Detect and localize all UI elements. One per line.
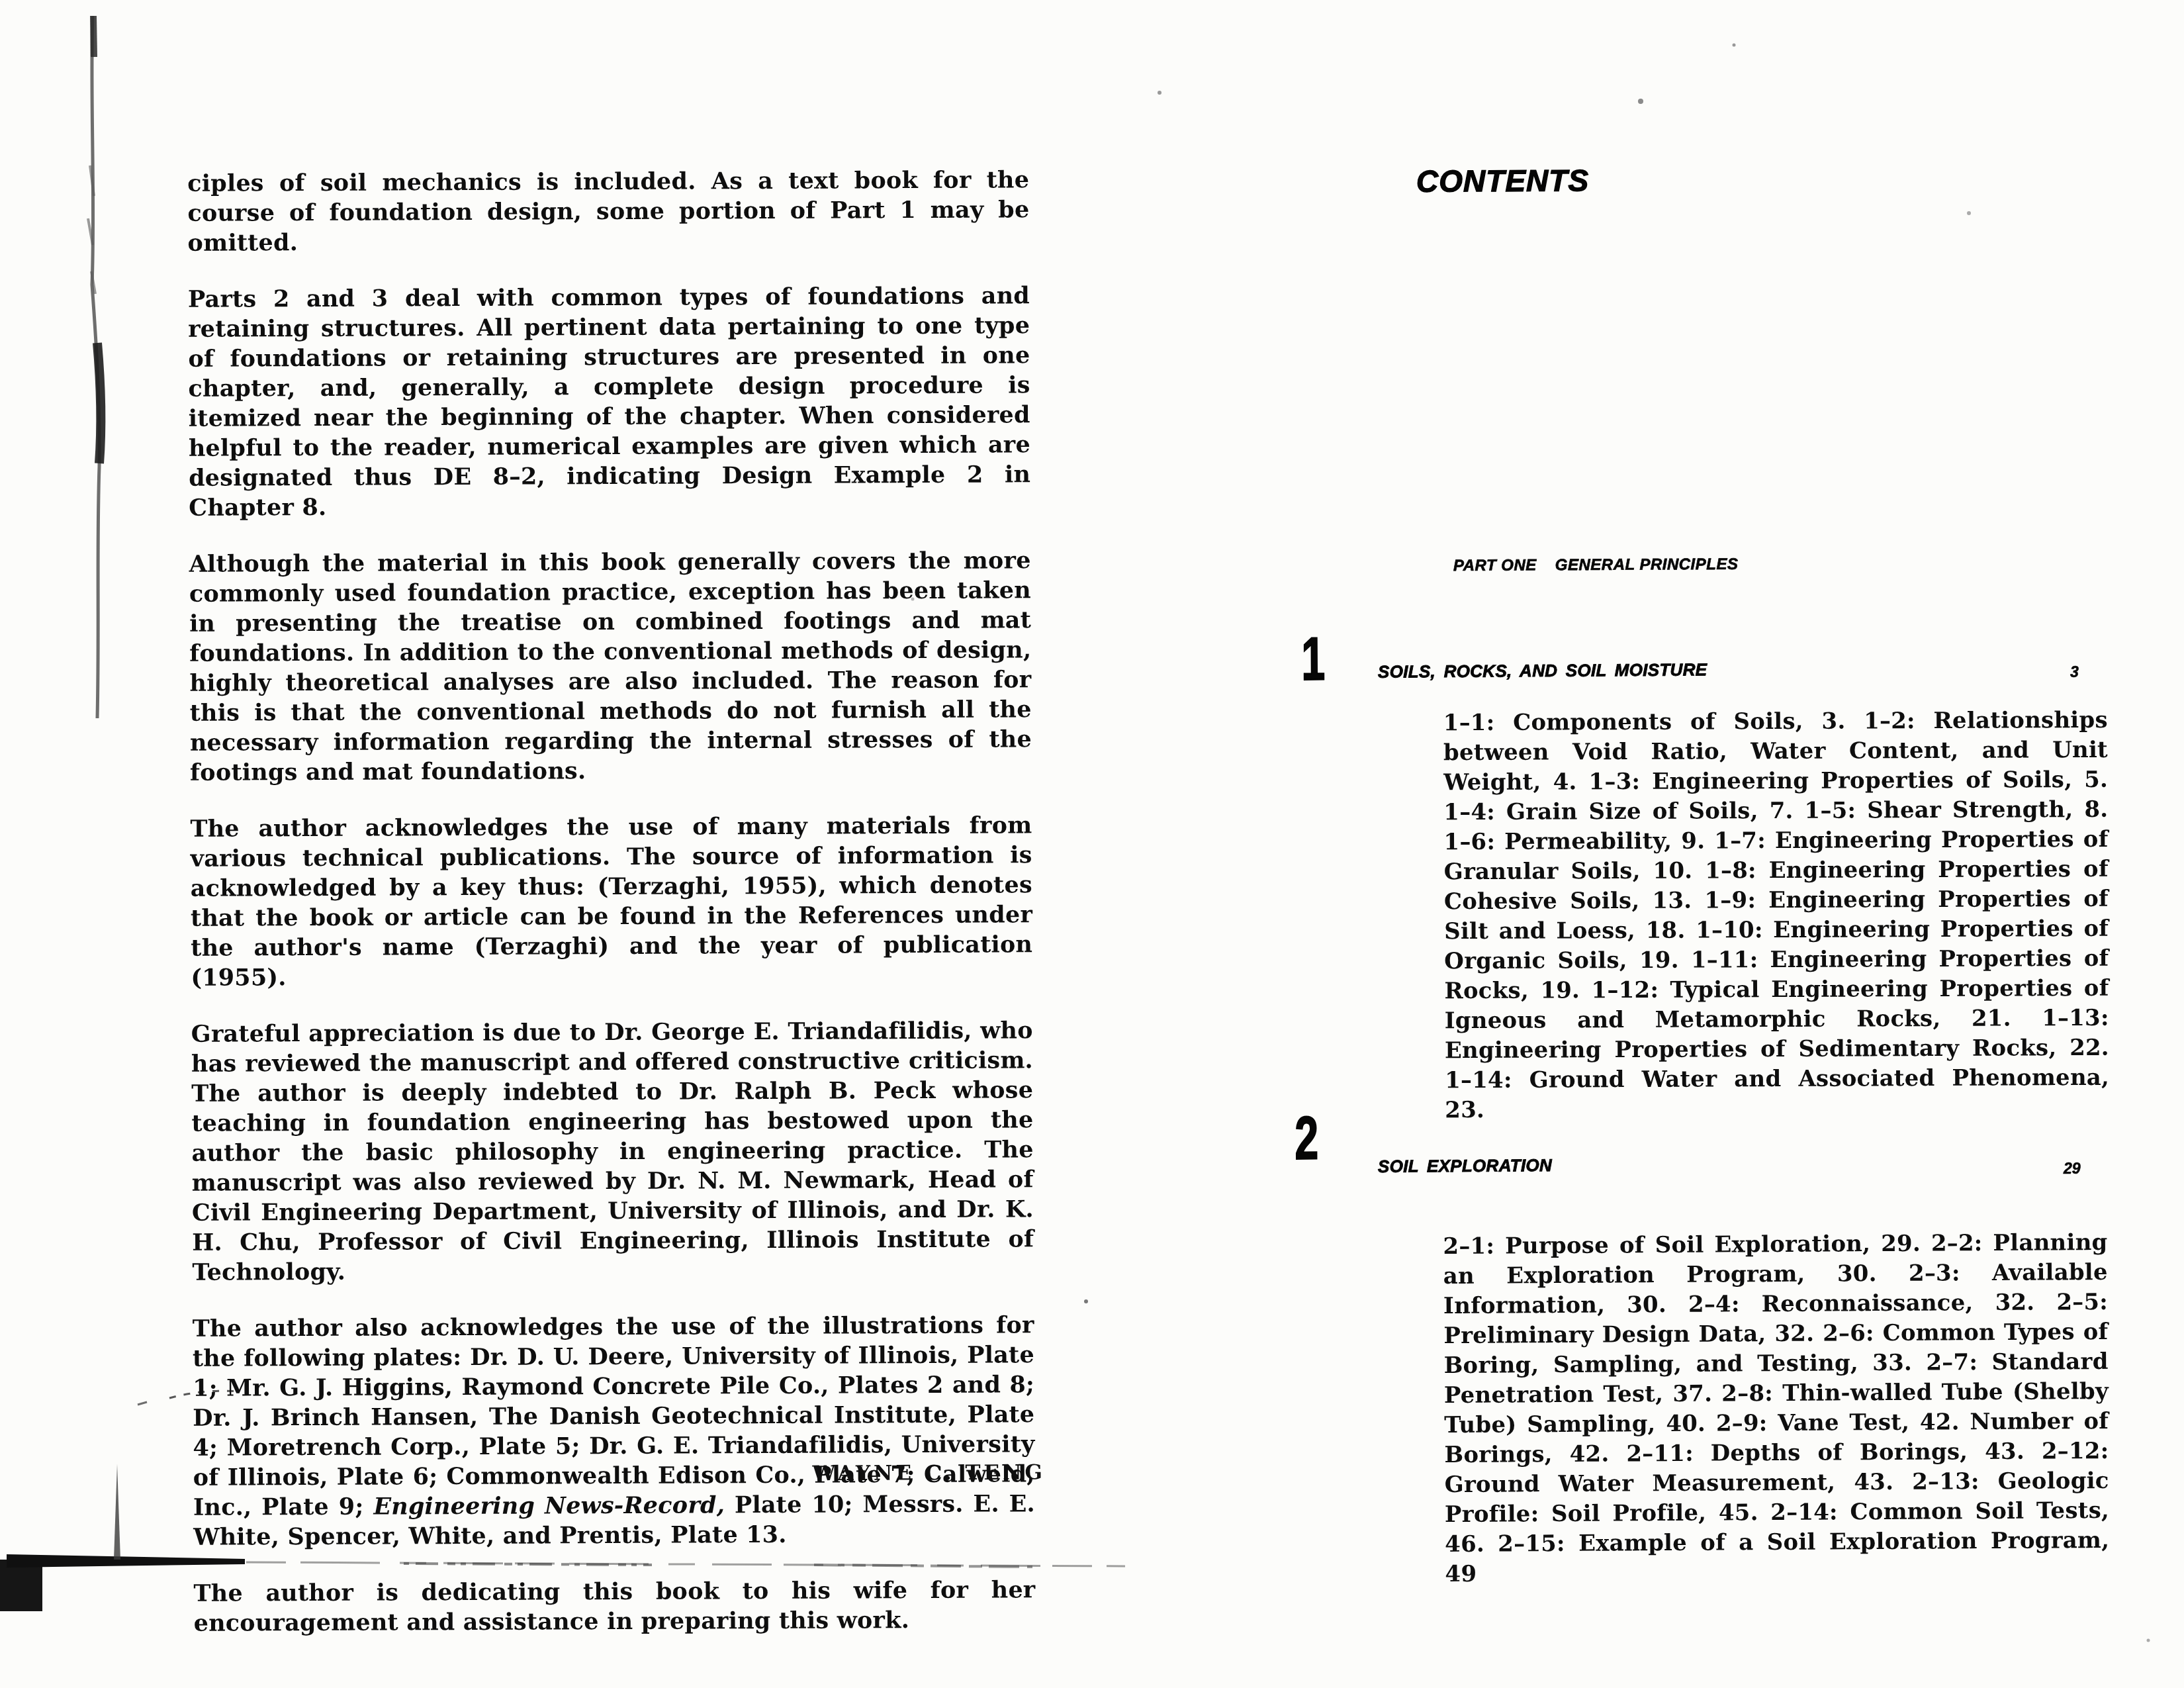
spine-artifact-line <box>92 16 99 718</box>
author-signature: WAYNE C. TENG <box>397 1462 1046 1486</box>
corner-block-artifact <box>0 1560 42 1611</box>
preface-paragraph-acknowledgement: The author also acknowledges the use of … <box>193 1310 1036 1552</box>
chapter-1-title: SOILS, ROCKS, AND SOIL MOISTURE <box>1378 661 1707 680</box>
contents-page-title: CONTENTS <box>1416 165 1589 196</box>
part-one-heading: PART ONEGENERAL PRINCIPLES <box>1453 557 1739 574</box>
preface-paragraph: Parts 2 and 3 deal with common types of … <box>188 281 1031 523</box>
preface-paragraph: ciples of soil mechanics is included. As… <box>187 165 1030 258</box>
preface-paragraph: Grateful appreciation is due to Dr. Geor… <box>191 1015 1034 1288</box>
chapter-2-page-number: 29 <box>2064 1161 2081 1176</box>
chapter-2-number: 2 <box>1295 1108 1318 1169</box>
chapter-1-page-number: 3 <box>2070 665 2079 680</box>
chapter-2-section-list: 2–1: Purpose of Soil Exploration, 29. 2–… <box>1443 1228 2109 1589</box>
preface-paragraph: Although the material in this book gener… <box>189 545 1032 788</box>
acknowledgement-text: The author also acknowledges the use of … <box>193 1311 1035 1521</box>
chapter-1-section-list: 1–1: Components of Soils, 3. 1–2: Relati… <box>1443 706 2110 1125</box>
book-scan-spread: ciples of soil mechanics is included. As… <box>0 0 2184 1688</box>
part-title: GENERAL PRINCIPLES <box>1555 555 1739 574</box>
preface-paragraph: The author acknowledges the use of many … <box>190 810 1032 993</box>
part-label: PART ONE <box>1453 556 1537 575</box>
journal-name-italic: Engineering News-Record, <box>373 1491 725 1520</box>
chapter-2-title: SOIL EXPLORATION <box>1378 1156 1552 1175</box>
chapter-1-number: 1 <box>1301 629 1325 690</box>
preface-text-column: ciples of soil mechanics is included. As… <box>187 165 1036 1665</box>
preface-paragraph-dedication: The author is dedicating this book to hi… <box>193 1575 1035 1638</box>
